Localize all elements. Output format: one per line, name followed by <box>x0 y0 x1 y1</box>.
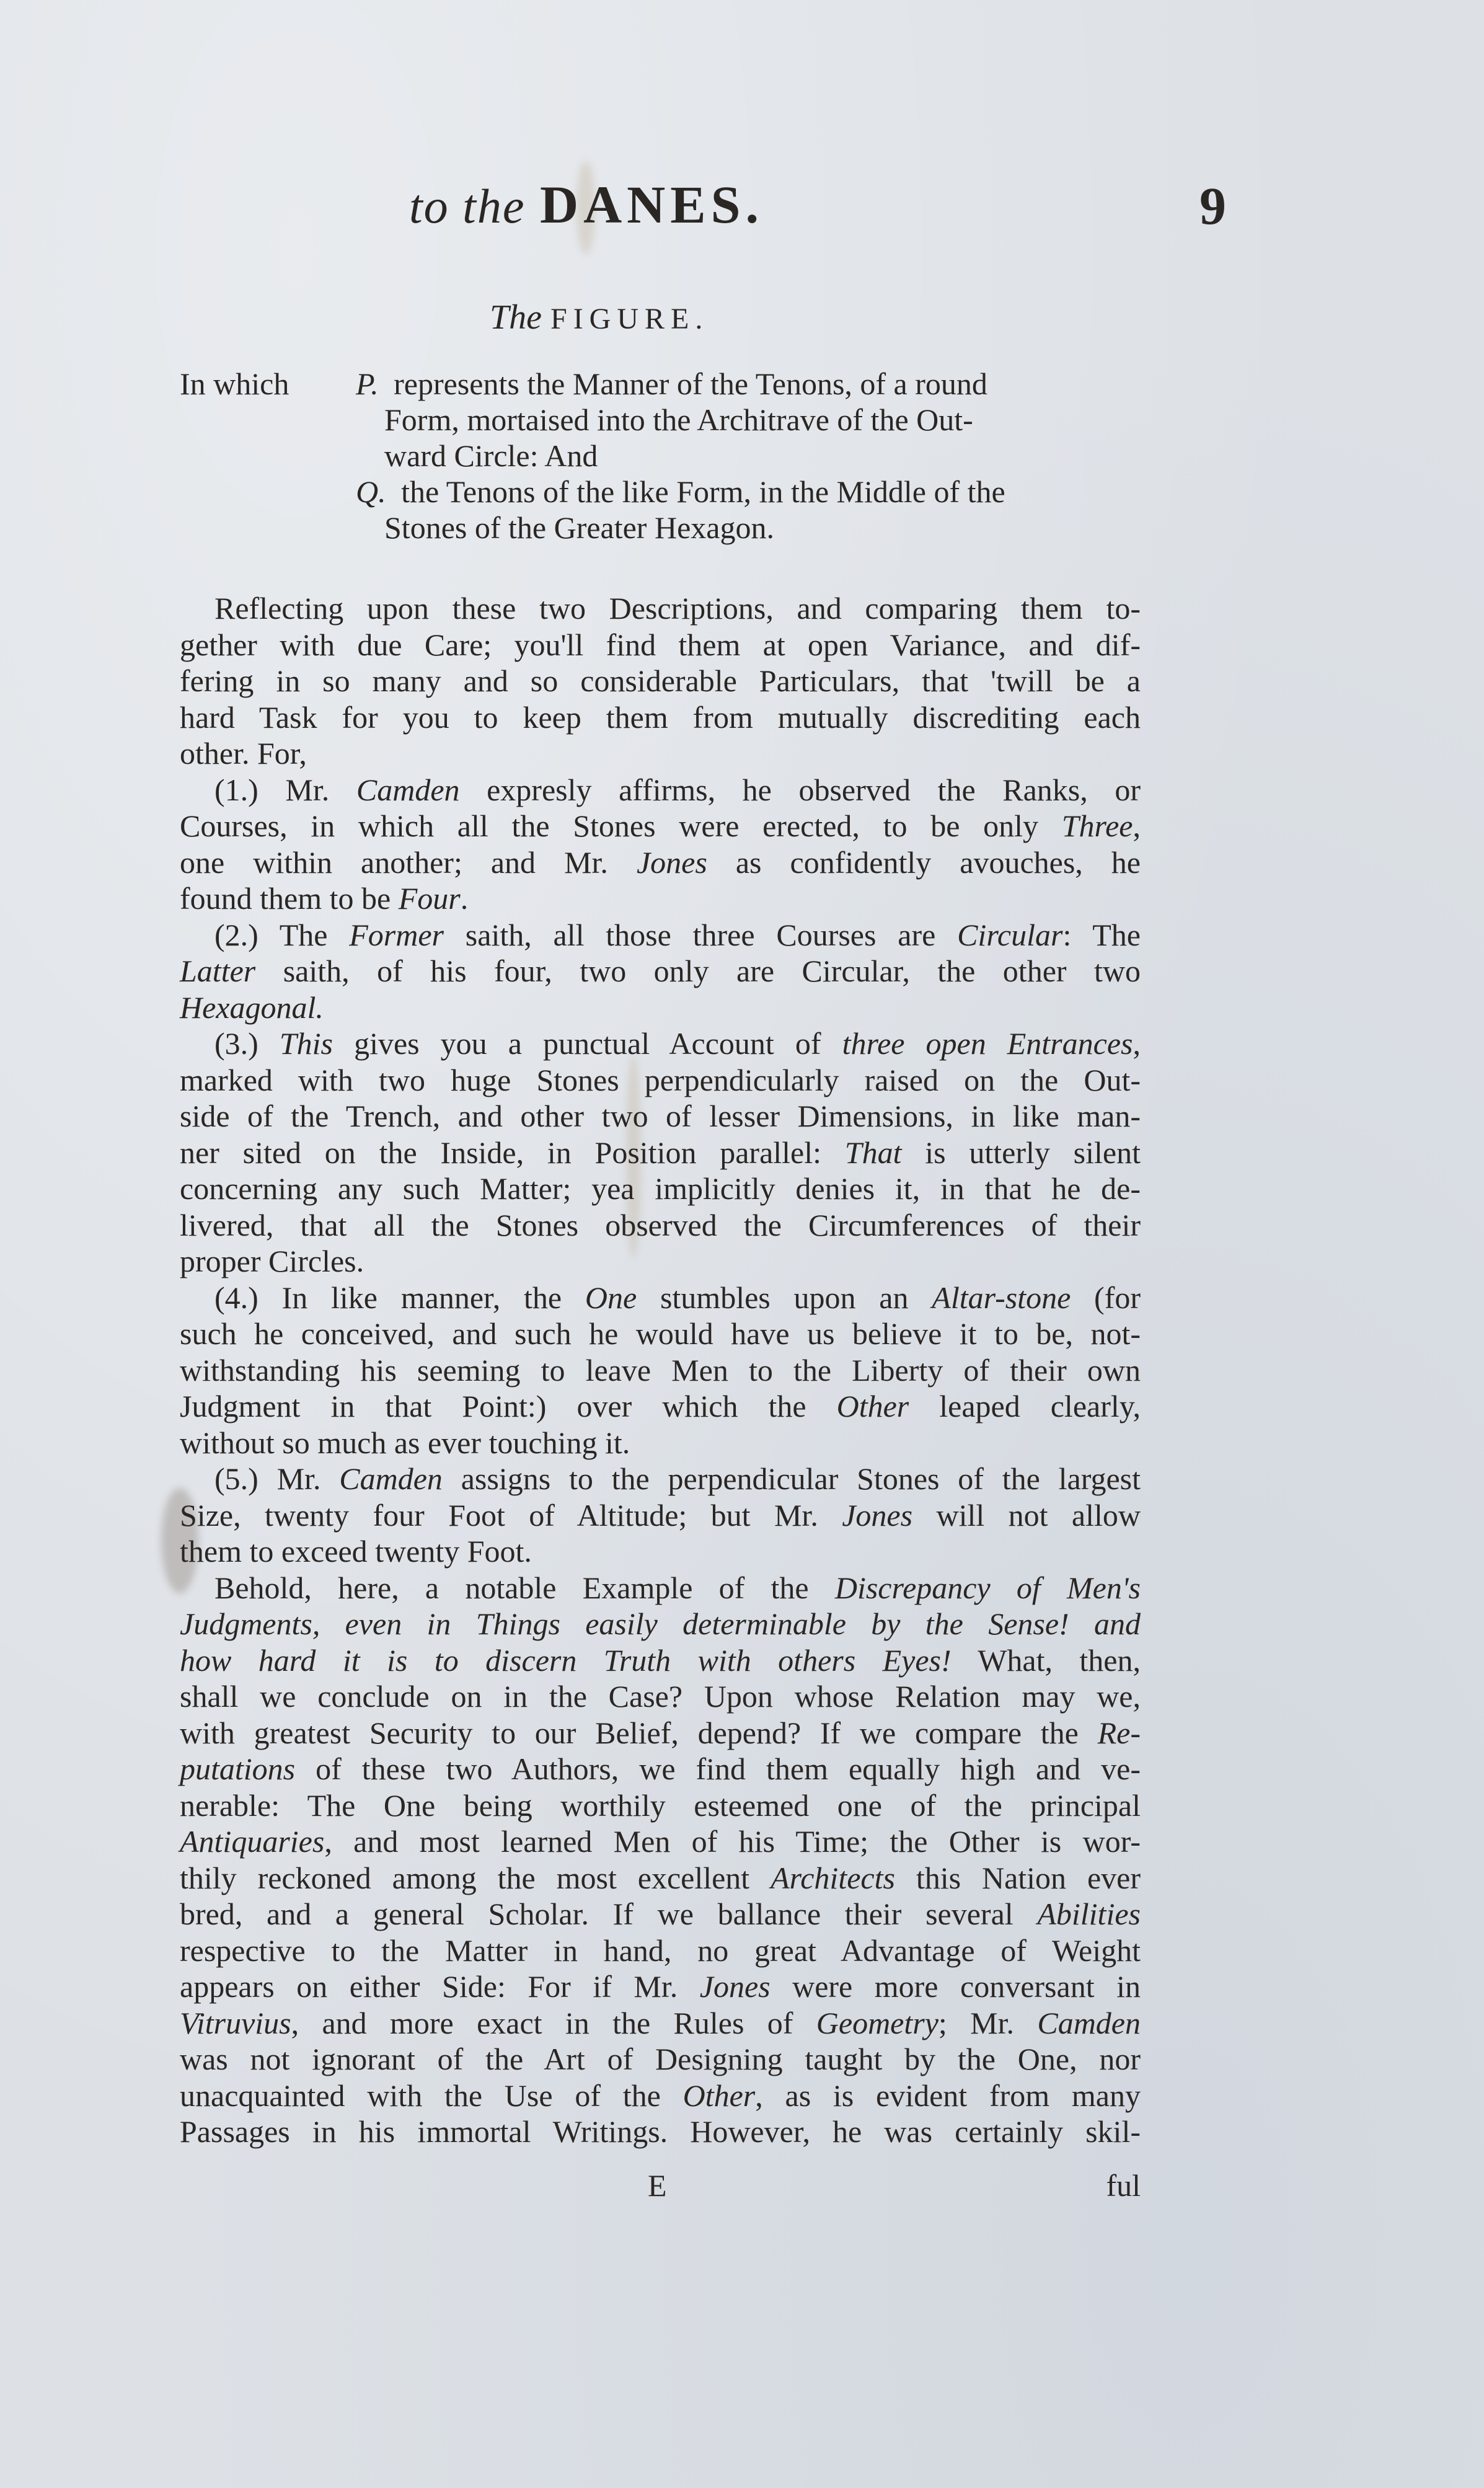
text-run: marked with two huge Stones perpendicula… <box>180 1063 1141 1097</box>
text-line: fering in so many and so considerable Pa… <box>180 663 1141 699</box>
text-line: Latter saith, of his four, two only are … <box>180 953 1141 989</box>
text-run: such he conceived, and such he would hav… <box>180 1316 1141 1351</box>
italic-text: three open Entrances <box>842 1026 1133 1061</box>
text-run: appears on either Side: For if Mr. <box>180 1969 700 2004</box>
italic-text: putations <box>180 1751 295 1786</box>
text-run: expresly affirms, he observed the Ranks,… <box>460 773 1141 807</box>
figure-legend: In which P. represents the Manner of the… <box>180 366 1141 546</box>
text-line: Antiquaries, and most learned Men of his… <box>180 1823 1141 1860</box>
text-line: such he conceived, and such he would hav… <box>180 1316 1141 1352</box>
legend-line: the Tenons of the like Form, in the Midd… <box>401 474 1005 509</box>
text-line: (4.) In like manner, the One stumbles up… <box>180 1280 1141 1316</box>
text-run: side of the Trench, and other two of les… <box>180 1099 1141 1133</box>
text-run: Courses, in which all the Stones were er… <box>180 808 1062 843</box>
text-run: one within another; and Mr. <box>180 845 637 880</box>
text-run: What, then, <box>952 1643 1141 1678</box>
text-run: (3.) <box>214 1026 280 1061</box>
text-line: livered, that all the Stones observed th… <box>180 1207 1141 1244</box>
italic-text: Former <box>349 918 444 952</box>
text-run: Passages in his immortal Writings. Howev… <box>180 2114 1141 2149</box>
text-line: (5.) Mr. Camden assigns to the perpendic… <box>180 1461 1141 1497</box>
text-line: Vitruvius, and more exact in the Rules o… <box>180 2005 1141 2042</box>
legend-text: Q. the Tenons of the like Form, in the M… <box>384 474 1141 546</box>
catchword: ful <box>1106 2167 1141 2203</box>
text-run: Reflecting upon these two Descriptions, … <box>214 591 1141 626</box>
legend-lead-spacer <box>180 474 384 546</box>
text-line: Hexagonal. <box>180 989 1141 1026</box>
italic-text: Altar-stone <box>932 1280 1071 1315</box>
text-line: hard Task for you to keep them from mutu… <box>180 699 1141 736</box>
running-head: to the DANES. <box>409 174 764 236</box>
text-line: without so much as ever touching it. <box>180 1425 1141 1461</box>
text-run: (5.) Mr. <box>214 1461 339 1496</box>
text-line: bred, and a general Scholar. If we balla… <box>180 1896 1141 1932</box>
figure-caption-word: FIGURE. <box>550 303 709 335</box>
text-line: thily reckoned among the most excellent … <box>180 1860 1141 1897</box>
italic-text: Other <box>683 2078 756 2113</box>
text-run: bred, and a general Scholar. If we balla… <box>180 1897 1037 1931</box>
italic-text: Three <box>1062 808 1133 843</box>
text-run: Behold, here, a notable Example of the <box>214 1570 835 1605</box>
text-run: thily reckoned among the most excellent <box>180 1861 771 1895</box>
figure-caption-article: The <box>490 298 542 337</box>
text-line: Judgments, even in Things easily determi… <box>180 1606 1141 1642</box>
text-run: gether with due Care; you'll find them a… <box>180 627 1141 662</box>
italic-text: Other <box>837 1389 909 1423</box>
text-run: unacquainted with the Use of the <box>180 2078 683 2113</box>
text-line: (2.) The Former saith, all those three C… <box>180 917 1141 954</box>
text-run: as confidently avouches, he <box>707 845 1141 880</box>
text-line: withstanding his seeming to leave Men to… <box>180 1352 1141 1389</box>
text-run: is utterly silent <box>902 1135 1141 1170</box>
text-run: , <box>1133 1026 1141 1061</box>
legend-key: Q. <box>356 474 386 509</box>
italic-text: Geometry <box>816 2006 939 2040</box>
text-run: livered, that all the Stones observed th… <box>180 1208 1141 1242</box>
text-line: unacquainted with the Use of the Other, … <box>180 2078 1141 2114</box>
text-run: withstanding his seeming to leave Men to… <box>180 1353 1141 1388</box>
legend-key: P. <box>356 366 379 401</box>
italic-text: That <box>845 1135 902 1170</box>
text-line: found them to be Four. <box>180 880 1141 917</box>
text-line: (1.) Mr. Camden expresly affirms, he obs… <box>180 772 1141 808</box>
text-line: respective to the Matter in hand, no gre… <box>180 1932 1141 1969</box>
text-run: leaped clearly, <box>909 1389 1141 1423</box>
text-run: , and more exact in the Rules of <box>291 2006 816 2040</box>
italic-text: Camden <box>356 773 460 807</box>
text-line: other. For, <box>180 735 1141 772</box>
text-run: . <box>461 881 469 916</box>
text-run: concerning any such Matter; yea implicit… <box>180 1171 1141 1206</box>
text-run: nerable: The One being worthily esteemed… <box>180 1788 1141 1823</box>
text-line: proper Circles. <box>180 1243 1141 1280</box>
text-run: Judgment in that Point:) over which the <box>180 1389 837 1423</box>
text-line: Passages in his immortal Writings. Howev… <box>180 2114 1141 2150</box>
text-line: concerning any such Matter; yea implicit… <box>180 1171 1141 1207</box>
italic-text: This <box>280 1026 333 1061</box>
legend-line: Stones of the Greater Hexagon. <box>384 510 774 545</box>
text-line: marked with two huge Stones perpendicula… <box>180 1062 1141 1099</box>
italic-text: One <box>585 1280 637 1315</box>
text-run: them to exceed twenty Foot. <box>180 1534 532 1569</box>
text-run: (4.) In like manner, the <box>214 1280 585 1315</box>
italic-text: Vitruvius <box>180 2006 291 2040</box>
text-run: (for <box>1071 1280 1141 1315</box>
text-run: , <box>1133 808 1141 843</box>
italic-text: Abilities <box>1037 1897 1141 1931</box>
legend-line: Form, mortaised into the Architrave of t… <box>384 402 973 437</box>
italic-text: Latter <box>180 954 255 988</box>
book-page: to the DANES. 9 The FIGURE. In which P. … <box>0 0 1484 2488</box>
italic-text: Four <box>399 881 461 916</box>
legend-lead: In which <box>180 366 384 474</box>
signature-mark: E <box>648 2167 667 2203</box>
text-run: (1.) Mr. <box>214 773 356 807</box>
page-footer: E ful <box>180 2167 1141 2205</box>
text-run: were more conversant in <box>771 1969 1141 2004</box>
text-line: nerable: The One being worthily esteemed… <box>180 1787 1141 1824</box>
text-line: Reflecting upon these two Descriptions, … <box>180 590 1141 627</box>
text-run: (2.) The <box>214 918 349 952</box>
running-head-title: DANES. <box>540 175 764 234</box>
legend-line: represents the Manner of the Tenons, of … <box>394 366 987 401</box>
text-line: (3.) This gives you a punctual Account o… <box>180 1025 1141 1062</box>
italic-text: how hard it is to discern Truth with oth… <box>180 1643 952 1678</box>
text-run: , as is evident from many <box>755 2078 1141 2113</box>
text-run: ner sited on the Inside, in Position par… <box>180 1135 845 1170</box>
text-run: respective to the Matter in hand, no gre… <box>180 1933 1141 1968</box>
legend-item-p: In which P. represents the Manner of the… <box>180 366 1141 474</box>
italic-text: Camden <box>1037 2006 1141 2040</box>
text-run: gives you a punctual Account of <box>333 1026 842 1061</box>
text-run: hard Task for you to keep them from mutu… <box>180 700 1141 735</box>
body-text: Reflecting upon these two Descriptions, … <box>180 590 1141 2150</box>
text-line: them to exceed twenty Foot. <box>180 1533 1141 1570</box>
text-line: how hard it is to discern Truth with oth… <box>180 1642 1141 1679</box>
italic-text: Antiquaries <box>180 1824 324 1859</box>
text-run: Size, twenty four Foot of Altitude; but … <box>180 1498 842 1533</box>
text-run: : The <box>1062 918 1141 952</box>
italic-text: Camden <box>339 1461 443 1496</box>
text-run: stumbles upon an <box>637 1280 932 1315</box>
text-line: shall we conclude on in the Case? Upon w… <box>180 1678 1141 1715</box>
text-run: ; Mr. <box>939 2006 1037 2040</box>
text-line: putations of these two Authors, we find … <box>180 1751 1141 1787</box>
text-line: ner sited on the Inside, in Position par… <box>180 1135 1141 1171</box>
italic-text: Circular <box>957 918 1062 952</box>
running-head-prefix: to the <box>409 179 525 233</box>
legend-lead-text: In which <box>180 366 289 401</box>
legend-item-q: Q. the Tenons of the like Form, in the M… <box>180 474 1141 546</box>
text-run: proper Circles. <box>180 1244 364 1278</box>
text-run: fering in so many and so considerable Pa… <box>180 663 1141 698</box>
text-line: appears on either Side: For if Mr. Jones… <box>180 1968 1141 2005</box>
text-run: found them to be <box>180 881 399 916</box>
italic-text: Jones <box>637 845 707 880</box>
italic-text: Jones <box>700 1969 771 2004</box>
text-line: one within another; and Mr. Jones as con… <box>180 844 1141 881</box>
text-run: was not ignorant of the Art of Designing… <box>180 2042 1141 2076</box>
italic-text: Re- <box>1098 1715 1141 1750</box>
text-line: gether with due Care; you'll find them a… <box>180 627 1141 663</box>
text-run: saith, all those three Courses are <box>444 918 957 952</box>
text-line: side of the Trench, and other two of les… <box>180 1098 1141 1135</box>
legend-text: P. represents the Manner of the Tenons, … <box>384 366 1141 474</box>
text-run: this Nation ever <box>895 1861 1141 1895</box>
text-run: without so much as ever touching it. <box>180 1425 630 1460</box>
figure-caption: The FIGURE. <box>0 298 1484 337</box>
italic-text: Architects <box>771 1861 895 1895</box>
text-run: saith, of his four, two only are Circula… <box>255 954 1141 988</box>
text-line: Courses, in which all the Stones were er… <box>180 808 1141 844</box>
italic-text: Discrepancy of Men's <box>835 1570 1141 1605</box>
text-run: assigns to the perpendicular Stones of t… <box>443 1461 1141 1496</box>
italic-text: Judgments, even in Things easily determi… <box>180 1606 1141 1641</box>
text-run: of these two Authors, we find them equal… <box>295 1751 1141 1786</box>
text-run: , and most learned Men of his Time; the … <box>324 1824 1141 1859</box>
italic-text: Jones <box>842 1498 912 1533</box>
legend-line: ward Circle: And <box>384 438 598 473</box>
text-run: other. For, <box>180 736 307 771</box>
text-line: with greatest Security to our Belief, de… <box>180 1715 1141 1751</box>
text-run: with greatest Security to our Belief, de… <box>180 1715 1098 1750</box>
text-run: shall we conclude on in the Case? Upon w… <box>180 1679 1141 1714</box>
text-run: will not allow <box>912 1498 1141 1533</box>
text-line: Judgment in that Point:) over which the … <box>180 1388 1141 1425</box>
page-number: 9 <box>1199 175 1226 237</box>
italic-text: Hexagonal. <box>180 990 324 1025</box>
text-line: was not ignorant of the Art of Designing… <box>180 2041 1141 2078</box>
text-line: Behold, here, a notable Example of the D… <box>180 1570 1141 1606</box>
text-line: Size, twenty four Foot of Altitude; but … <box>180 1497 1141 1534</box>
